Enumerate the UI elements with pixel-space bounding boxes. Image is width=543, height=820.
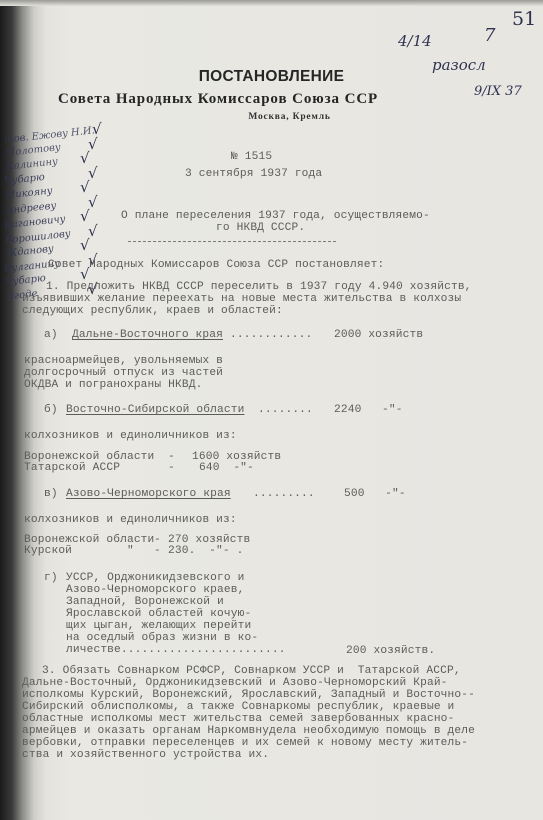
item3-line: армейцев и оказать органам Наркомвнудела… (22, 725, 475, 737)
checkmark-icon: √ (88, 226, 98, 237)
distribution-name: Микояну (5, 186, 54, 202)
checkmark-icon: √ (88, 197, 98, 208)
place: Москва, Кремль (0, 112, 543, 122)
section-b-region: Восточно-Сибирской области (66, 404, 244, 416)
section-c-marker: в) (44, 488, 58, 500)
checkmark-icon: √ (80, 211, 90, 222)
section-a-leader: ............ (230, 329, 312, 341)
preamble: Совет Народных Комиссаров Союза ССР пост… (48, 259, 384, 271)
page-number: 51 (512, 14, 536, 25)
section-c-source-2-sep: - (154, 545, 161, 557)
distribution-name: Жданову (6, 244, 55, 260)
subject-line-2: го НКВД СССР. (216, 222, 305, 234)
section-a-amount: 2000 хозяйств (334, 329, 423, 341)
section-b-marker: б) (44, 404, 58, 416)
item3-line: ства и хозяйственного устройства их. (22, 749, 269, 761)
checkmark-icon: √ (88, 139, 98, 150)
section-c-source-2-amount: 230. -"- . (168, 545, 244, 557)
distribution-name: Калинину (6, 156, 59, 172)
section-c-amount: 500 -"- (344, 488, 406, 500)
section-c-desc: колхозников и единоличников из: (24, 514, 237, 526)
section-b-source-2-sep: - (168, 462, 175, 474)
distribution-name: Андрееву (6, 200, 57, 216)
distribution-name: Ворошилову (5, 228, 72, 246)
checkmark-icon: √ (88, 168, 98, 179)
checkmark-icon: √ (80, 240, 90, 251)
document-date: 3 сентября 1937 года (185, 168, 322, 180)
section-d-line: щих цыган, желающих перейти (66, 620, 251, 632)
section-a-desc-2: долгосрочный отпуск из частей (24, 367, 223, 379)
section-d-amount: 200 хозяйств. (346, 645, 435, 657)
section-b-source-2-name: Татарской АССР (24, 462, 120, 474)
section-b-source-2-amount: 640 -"- (199, 462, 254, 474)
document-number: № 1515 (231, 151, 272, 163)
section-d-line: Азово-Черноморского краев, (66, 584, 244, 596)
section-b-amount: 2240 -"- (334, 404, 403, 416)
handwritten-resolution: разосл (432, 60, 486, 71)
handwritten-seven: 7 (484, 30, 495, 41)
scan-edge (0, 0, 543, 6)
section-d-line: Ярославской областей кочую- (66, 608, 251, 620)
section-d-marker: г) (44, 572, 58, 584)
section-a-region: Дальне-Восточного края (72, 329, 223, 341)
section-a-desc-3: ОКДВА и погранохраны НКВД. (24, 379, 202, 391)
item3-line: областные исполкомы мест жительства семе… (22, 713, 454, 725)
handwritten-resolution-date: 9/IX 37 (474, 86, 522, 97)
document-page: ПОСТАНОВЛЕНИЕ Совета Народных Комиссаров… (0, 0, 543, 820)
distribution-name: Чубарю (4, 171, 46, 186)
section-d-line: Западной, Воронежской и (66, 596, 224, 608)
section-c-leader: ......... (253, 488, 315, 500)
distribution-name: Кагановичу (4, 214, 66, 231)
section-d-line: личестве........................ (66, 644, 286, 656)
item1-line3: следующих республик, краев и областей: (22, 305, 283, 317)
item3-line: Дальне-Восточный, Орджоникидзевский и Аз… (22, 677, 448, 689)
checkmark-icon: √ (80, 153, 90, 164)
item3-line: исполкомы Курский, Воронежский, Ярославс… (22, 689, 475, 701)
section-d-line: УССР, Орджоникидзевского и (66, 572, 244, 584)
issuer: Совета Народных Комиссаров Союза ССР (58, 91, 378, 108)
item3-line: вербовки, отправки переселенцев и их сем… (22, 737, 468, 749)
handwritten-ref: 4/14 (398, 36, 432, 47)
checkmark-icon: √ (80, 182, 90, 193)
section-b-desc: колхозников и единоличников из: (24, 430, 237, 442)
section-d-line: на оседлый образ жизни в ко- (66, 632, 258, 644)
section-a-desc-1: красноармейцев, увольняемых в (24, 355, 223, 367)
item1-line2: изъявивших желание переехать на новые ме… (22, 293, 461, 305)
subject-line-1: О плане переселения 1937 года, осуществл… (121, 210, 430, 222)
item3-line: 3. Обязать Совнарком РСФСР, Совнарком УС… (42, 665, 461, 677)
section-c-region: Азово-Черноморского края (66, 488, 231, 500)
checkmark-icon: √ (92, 124, 102, 135)
subject-divider (128, 241, 336, 242)
section-c-source-2-name: Курской " (24, 545, 134, 557)
item1-line1: 1. Предложить НКВД СССР переселить в 193… (46, 281, 472, 293)
section-a-marker: а) (44, 329, 58, 341)
item3-line: Сибирский облисполкомы, а также Совнарко… (22, 701, 454, 713)
distribution-name: Чубарю (5, 273, 47, 288)
section-b-leader: ........ (258, 404, 313, 416)
